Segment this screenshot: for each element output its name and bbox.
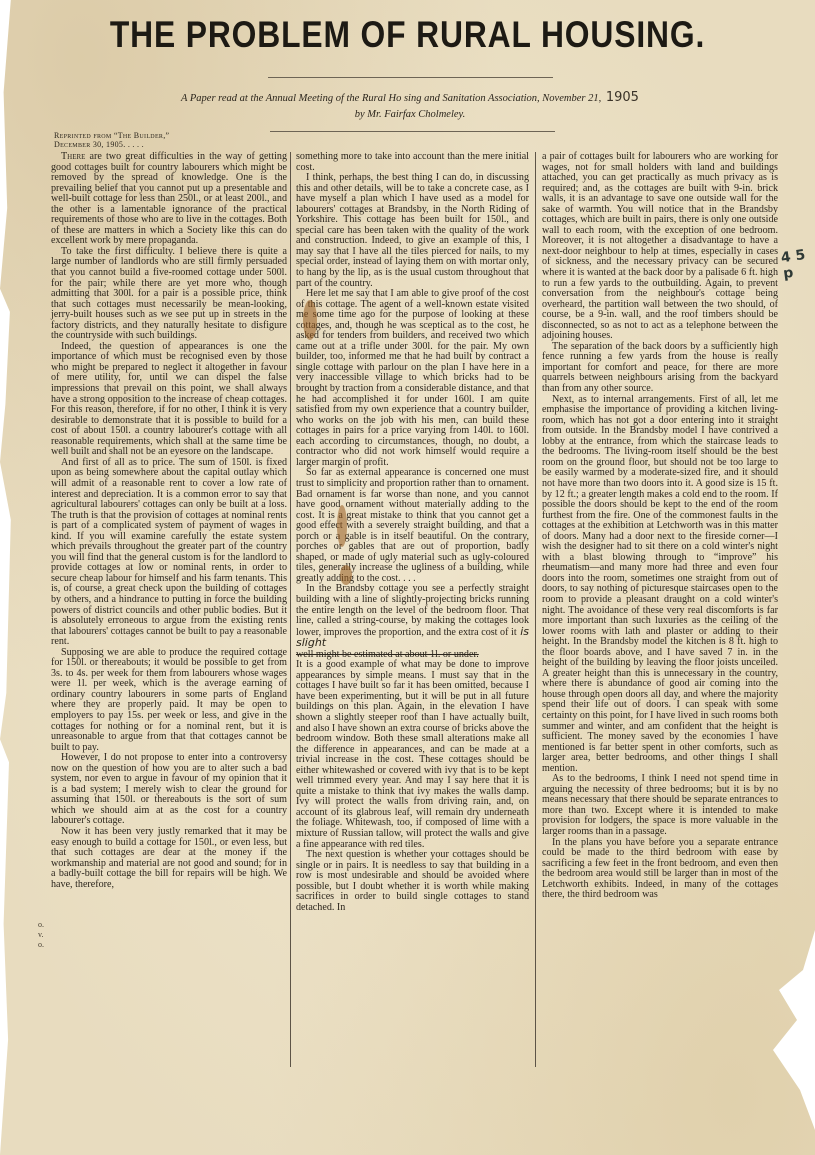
paragraph: The separation of the back doors by a su… [542,342,778,395]
paragraph: I think, perhaps, the best thing I can d… [296,173,529,289]
reprint-source: Reprinted from “The Builder,” [54,131,169,140]
text-column-1: There are two great difficulties in the … [51,152,287,890]
paragraph: It is a good example of what may be done… [296,660,529,850]
margin-letters: o. v. o. [38,920,44,950]
paragraph: As to the bedrooms, I think I need not s… [542,774,778,837]
text-column-3: a pair of cottages built for labourers w… [542,152,778,901]
text-column-2: something more to take into account than… [296,152,529,913]
subtitle-line-1: A Paper read at the Annual Meeting of th… [181,93,601,104]
reprint-date: December 30, 1905. . . . . [54,140,169,149]
author-line: by Mr. Fairfax Cholmeley. [355,109,466,120]
paragraph: Here let me say that I am able to give p… [296,289,529,468]
torn-right-edge [755,930,815,1130]
rule-top [268,77,553,78]
column-divider-2 [535,152,536,1067]
handwritten-correction: is slight [296,625,529,650]
paragraph: Supposing we are able to produce the req… [51,648,287,753]
paragraph: a pair of cottages built for labourers w… [542,152,778,342]
paragraph: In the Brandsby cottage you see a perfec… [296,584,529,660]
paragraph: And first of all as to price. The sum of… [51,458,287,648]
subtitle: A Paper read at the Annual Meeting of th… [60,90,760,123]
paragraph: In the plans you have before you a separ… [542,838,778,901]
newspaper-page: THE PROBLEM OF RURAL HOUSING. A Paper re… [0,0,815,1155]
paragraph: There are two great difficulties in the … [51,152,287,247]
lead-word: There [61,151,85,162]
torn-left-edge [0,0,18,1155]
handwritten-year: 1905 [606,90,639,105]
column-divider-1 [290,152,291,1067]
rule-bottom [270,131,555,132]
paragraph: something more to take into account than… [296,152,529,173]
rust-stain [303,300,317,340]
paragraph: To take the first difficulty. I believe … [51,247,287,342]
paragraph: So far as external appearance is concern… [296,468,529,584]
rust-stain [340,565,352,585]
paragraph: However, I do not propose to enter into … [51,753,287,827]
page-title: THE PROBLEM OF RURAL HOUSING. [57,14,758,56]
paragraph: Now it has been very justly remarked tha… [51,827,287,890]
reprint-notice: Reprinted from “The Builder,” December 3… [54,131,169,149]
struck-text: well might be estimated at about 1l. or … [296,649,479,660]
paragraph: Next, as to internal arrangements. First… [542,395,778,775]
rust-stain [337,505,347,547]
paragraph: Indeed, the question of appearances is o… [51,342,287,458]
paragraph: The next question is whether your cottag… [296,850,529,913]
handwritten-margin-note: 4 5 p [780,246,815,282]
